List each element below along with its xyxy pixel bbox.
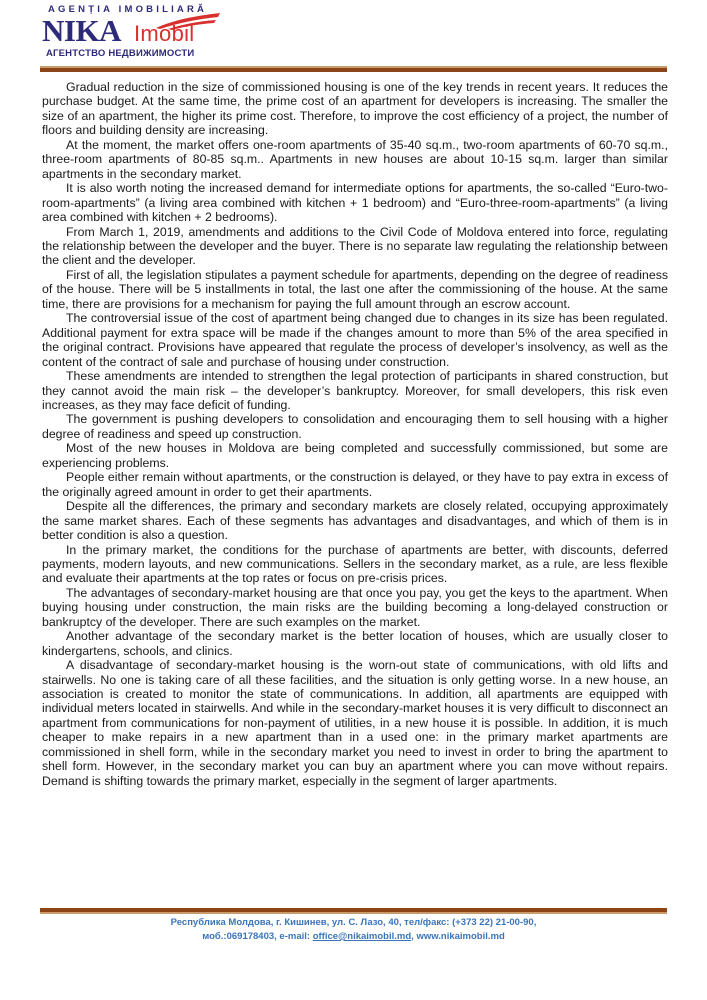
email-link[interactable]: office@nikaimobil.md — [313, 931, 411, 942]
logo-brand-imobil: Imobil — [134, 22, 195, 46]
paragraph: At the moment, the market offers one-roo… — [42, 138, 668, 181]
footer-address: Республика Молдова, г. Кишинев, ул. С. Л… — [0, 916, 707, 930]
paragraph: A disadvantage of secondary-market housi… — [42, 658, 668, 788]
paragraph: People either remain without apartments,… — [42, 470, 668, 499]
paragraph: These amendments are intended to strengt… — [42, 369, 668, 412]
paragraph: Another advantage of the secondary marke… — [42, 629, 668, 658]
footer-contact-line: моб.:069178403, e-mail: office@nikaimobi… — [0, 930, 707, 944]
logo-agency-tagline-ru: АГЕНТСТВО НЕДВИЖИМОСТИ — [46, 48, 194, 59]
paragraph: From March 1, 2019, amendments and addit… — [42, 225, 668, 268]
paragraph: It is also worth noting the increased de… — [42, 181, 668, 224]
letterhead: AGENȚIA IMOBILIARĂ NIKA Imobil АГЕНТСТВО… — [0, 0, 707, 80]
paragraph: The advantages of secondary-market housi… — [42, 586, 668, 629]
footer-divider — [40, 908, 667, 914]
paragraph: Despite all the differences, the primary… — [42, 499, 668, 542]
header-divider — [40, 66, 667, 72]
paragraph: The controversial issue of the cost of a… — [42, 311, 668, 369]
footer-contact: Республика Молдова, г. Кишинев, ул. С. Л… — [0, 916, 707, 944]
nika-imobil-logo: AGENȚIA IMOBILIARĂ NIKA Imobil АГЕНТСТВО… — [42, 2, 222, 62]
paragraph: The government is pushing developers to … — [42, 412, 668, 441]
paragraph: Gradual reduction in the size of commiss… — [42, 80, 668, 138]
logo-brand-nika: NIKA — [42, 14, 121, 48]
article-body: Gradual reduction in the size of commiss… — [42, 80, 668, 788]
footer-phone: моб.:069178403, e-mail: — [202, 931, 312, 942]
paragraph: First of all, the legislation stipulates… — [42, 268, 668, 311]
paragraph: Most of the new houses in Moldova are be… — [42, 441, 668, 470]
website-link[interactable]: www.nikaimobil.md — [416, 931, 504, 942]
paragraph: In the primary market, the conditions fo… — [42, 543, 668, 586]
